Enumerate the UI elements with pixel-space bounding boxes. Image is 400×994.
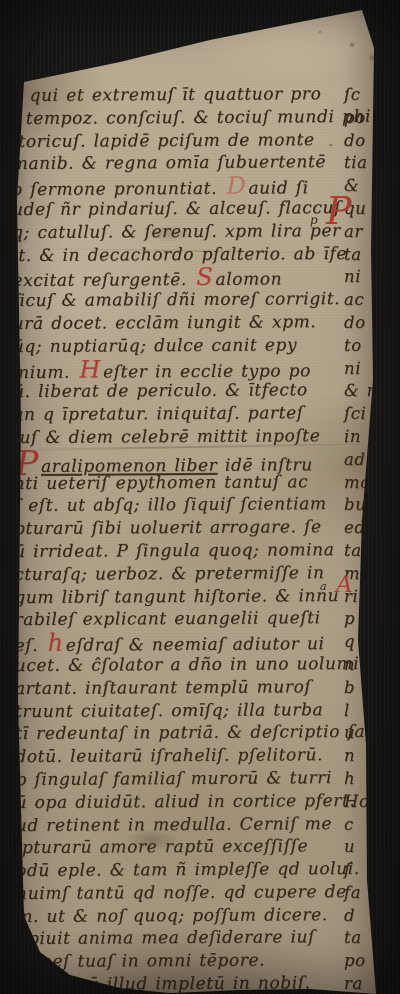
line-text: in [344,427,361,446]
line-text: m. ut & noſ quoq; poſſum dicere. [16,905,328,927]
line-text: to [344,336,362,355]
text-line: ū opa diuidūt. aliud in cortice pfert. [16,790,356,815]
line-text: mium. [13,362,78,382]
line-text: q; catulluſ. & ſerenuſ. xpm lira per [12,221,341,243]
line-text: ni [344,359,361,378]
text-line-fragment: po [344,950,398,973]
text-line: p ſingulaſ familiaſ murorū & turri [15,767,355,792]
text-line: odū eple. & tam ñ impleſſe qd uolui. [16,858,356,883]
text-line-fragment: po [344,107,398,130]
text-line-fragment: & [344,175,398,198]
text-line: nti ueteriſ epythomen tantuſ ac [14,471,354,496]
line-text: ſci [344,404,366,423]
line-text: dotū. leuitarū iſraheliſ. pſelitorū. [15,745,323,767]
line-text: auid ſi [248,178,308,198]
guide-letter-p: p [310,213,318,227]
line-text: ni [344,267,361,286]
text-line: q; catulluſ. & ſerenuſ. xpm lira per [12,220,352,245]
line-text: do [344,313,366,332]
text-line: excitat reſurgentē. Salomon [12,265,352,290]
line-text: edi [344,518,371,537]
text-line: ficuſ & amabiliſ dñi moreſ corrigit. [12,288,352,313]
line-text: fa [344,883,361,902]
line-text: u [344,837,355,856]
text-line-fragment: & n [344,380,398,403]
line-text: manib. & regna omīa ſubuertentē [12,153,326,175]
text-line: ipturarū amore raptū exceſſiſſe [16,835,356,860]
text-line-fragment: ta [344,540,398,563]
text-line: eſ. heſdraſ & neemiaſ adiutor ui [15,630,355,655]
line-text: ū opa diuidūt. aliud in cortice pfert. [16,791,356,813]
line-text: nti ueteriſ epythomen tantuſ ac [14,472,309,494]
text-line-fragment: u [344,722,398,745]
line-text: p [344,609,355,628]
text-line-fragment: ad [344,449,398,472]
text-line: manib. & regna omīa ſubuertentē [12,151,352,176]
text-line: it. & in decachordo pſalterio. ab īfe [12,243,352,268]
text-line-fragment: in [344,426,398,449]
text-line-fragment: do [344,130,398,153]
text-line: tī redeuntaſ in patriā. & deſcriptio ſa [15,721,355,746]
line-text: ad [344,450,366,469]
text-line-fragment: do [344,312,398,335]
intercolumn-dash-mark: - [329,138,333,151]
line-text: Ho [344,792,370,811]
line-text: bu [344,495,366,514]
line-text: rabileſ explicant euangelii queſti [14,608,320,630]
text-line: upiuit anima mea deſiderare iuſ [16,926,356,951]
text-line: ū irrideat. P ſingula quoq; nomina [14,539,354,564]
line-text: ac [344,290,364,309]
text-line-fragment: ra [344,973,398,994]
line-text: ūq; nuptiarūq; dulce canit epy [13,335,297,357]
line-text: po [344,951,366,970]
text-line: pturarū ſibi uoluerit arrogare. ſe [14,516,354,541]
text-line: m. ut & noſ quoq; poſſum dicere. [16,904,356,929]
line-text: ta [344,541,362,560]
text-line: udeſ ñr pindariuſ. & alceuſ. flaccuſ [12,197,352,222]
line-text: n [344,746,355,765]
photo-background: o qui et extremuſ īt quattuor proſ tempo… [0,0,400,994]
line-text: d [344,906,355,925]
text-line: ſtoricuſ. lapidē pciſum de monte [11,129,351,154]
line-text: huimſ tantū qd noſſe. qd cupere de [16,882,347,904]
text-line: ūq; nuptiarūq; dulce canit epy [13,334,353,359]
text-line-fragment: ſ [344,859,398,882]
line-text: ta [344,245,362,264]
line-text: ſocraticū illud impletū in nobiſ. [17,973,311,994]
line-text: ū. liberat de periculo. & ītfecto [13,381,308,403]
text-line-fragment: u [344,836,398,859]
rubric-initial-P-margin: P [326,192,352,230]
text-line: ſocraticū illud impletū in nobiſ. [17,972,357,994]
line-text: ta [344,928,362,947]
line-text: ū irrideat. P ſingula quoq; nomina [14,540,334,562]
text-line: Paralipomenon liber idē inſtru [13,448,353,473]
line-text: ſ [344,860,351,879]
text-line-fragment: n [344,745,398,768]
text-line-fragment: Ho [344,791,398,814]
text-line-fragment: c [344,814,398,837]
line-text: b [344,678,355,697]
line-text: ſc [344,85,361,104]
text-line: artant. inſtaurant templū muroſ [15,676,355,701]
rubric-initial: P [13,444,41,484]
line-text: it. & in decachordo pſalterio. ab īfe [12,244,347,266]
line-text: u [344,723,355,742]
text-line: dotū. leuitarū iſraheliſ. pſelitorū. [15,744,355,769]
text-line: truunt ciuitateſ. omīſq; illa turba [15,698,355,723]
line-text: tī redeuntaſ in patriā. & deſcriptio ſa [15,722,365,744]
line-text: ſ eſt. ut abſq; illo ſiquiſ ſcientiam [14,494,327,516]
text-line: mium. Heſter in ecclie typo po [13,357,353,382]
text-line-fragment: ta [344,927,398,950]
rubric-initial-A-margin: A [336,574,353,597]
line-text: odū eple. & tam ñ impleſſe qd uolui. [16,859,360,881]
text-line-fragment: n [344,654,398,677]
line-text: iuſ & diem celebrē mittit inpoſte [13,426,320,448]
text-line: ſ eſt. ut abſq; illo ſiquiſ ſcientiam [14,493,354,518]
text-line-fragment: ta [344,244,398,267]
text-line-fragment: q [344,631,398,654]
main-text-column: o qui et extremuſ īt quattuor proſ tempo… [11,83,357,994]
line-text: o qui et extremuſ īt quattuor pro [11,84,321,106]
text-line-fragment: ni [344,266,398,289]
line-text: ficuſ & amabiliſ dñi moreſ corrigit. [12,289,340,311]
text-line: tioneſ tuaſ in omni tēpore. [17,949,357,974]
line-text: c [344,815,354,834]
line-text: upiuit anima mea deſiderare iuſ [16,928,315,950]
parchment-fragment: o qui et extremuſ īt quattuor proſ tempo… [0,0,400,994]
line-text: alomon [215,270,282,290]
right-text-column: ſcpodotia&quartaniacdotoni& nſciinadmobu… [344,84,398,994]
text-line: ucet. & ĉſolator a dño in uno uolumi [15,653,355,678]
text-line-fragment: ar [344,221,398,244]
line-text: p ſingulaſ familiaſ murorū & turri [15,768,332,790]
text-line-fragment: b [344,677,398,700]
line-text: & n [344,381,378,400]
line-text: gum libriſ tangunt hiſtorie. & innu [14,586,339,608]
text-line: ſ tempoz. conſciuſ. & tociuſ mundi phi [11,106,351,131]
line-text: ſtoricuſ. lapidē pciſum de monte [12,130,315,152]
text-line-fragment: qu [344,198,398,221]
rubric-initial: D [224,172,248,200]
text-line: huimſ tantū qd noſſe. qd cupere de [16,881,356,906]
line-text: do [344,131,366,150]
text-line: ū. liberat de periculo. & ītfecto [13,379,353,404]
line-text: ra [344,974,363,993]
line-text: truunt ciuitateſ. omīſq; illa turba [15,700,323,722]
text-line: urā docet. ecclām iungit & xpm. [13,311,353,336]
text-line: o qui et extremuſ īt quattuor pro [11,83,351,108]
text-line: ud retinent in medulla. Cerniſ me [16,812,356,837]
line-text: eſ. [15,636,46,656]
line-text: an q īpretatur. iniquitaſ. parteſ [13,403,304,425]
line-text: udeſ ñr pindariuſ. & alceuſ. flaccuſ [12,198,341,220]
line-text: po [344,108,366,127]
text-line-fragment: ac [344,289,398,312]
line-text: ſ tempoz. conſciuſ. & tociuſ mundi phi [11,107,371,129]
text-line-fragment: mo [344,472,398,495]
text-line-fragment: edi [344,517,398,540]
text-line-fragment: tia [344,152,398,175]
line-text: ud retinent in medulla. Cerniſ me [16,814,332,836]
text-line-fragment: ni [344,358,398,381]
text-line-fragment: bu [344,494,398,517]
text-line-fragment: fa [344,882,398,905]
text-line-fragment: to [344,335,398,358]
text-line-fragment: ſci [344,403,398,426]
line-text: ucet. & ĉſolator a dño in uno uolumi [15,654,360,676]
line-text: tia [344,153,368,172]
line-text: artant. inſtaurant templū muroſ [15,677,311,699]
line-text: mo [344,473,371,492]
text-line: an q īpretatur. iniquitaſ. parteſ [13,402,353,427]
text-line-fragment: h [344,768,398,791]
line-text: pturarū ſibi uoluerit arrogare. ſe [14,517,322,539]
rubric-initial: h [46,629,66,657]
text-line-fragment: l [344,700,398,723]
rubric-initial: H [77,355,103,383]
guide-letter-a: a [320,580,327,593]
text-line-fragment: p [344,608,398,631]
line-text: tioneſ tuaſ in omni tēpore. [17,951,266,973]
line-text: q [344,632,355,651]
text-line: cturaſq; uerboz. & pretermiſſe in [14,562,354,587]
text-line: iuſ & diem celebrē mittit inpoſte [13,425,353,450]
text-line-fragment: d [344,905,398,928]
text-line: o ſermone pronuntiat. Dauid ſi [12,174,352,199]
line-text: l [344,701,350,720]
line-text: urā docet. ecclām iungit & xpm. [13,312,317,334]
line-text: n [344,655,355,674]
rubric-initial: S [194,263,215,291]
line-text: excitat reſurgentē. [12,270,194,291]
line-text: h [344,769,355,788]
text-line: gum libriſ tangunt hiſtorie. & innu [14,584,354,609]
line-text: cturaſq; uerboz. & pretermiſſe in [14,563,324,585]
line-text: ipturarū amore raptū exceſſiſſe [16,837,308,859]
text-line-fragment: ſc [344,84,398,107]
